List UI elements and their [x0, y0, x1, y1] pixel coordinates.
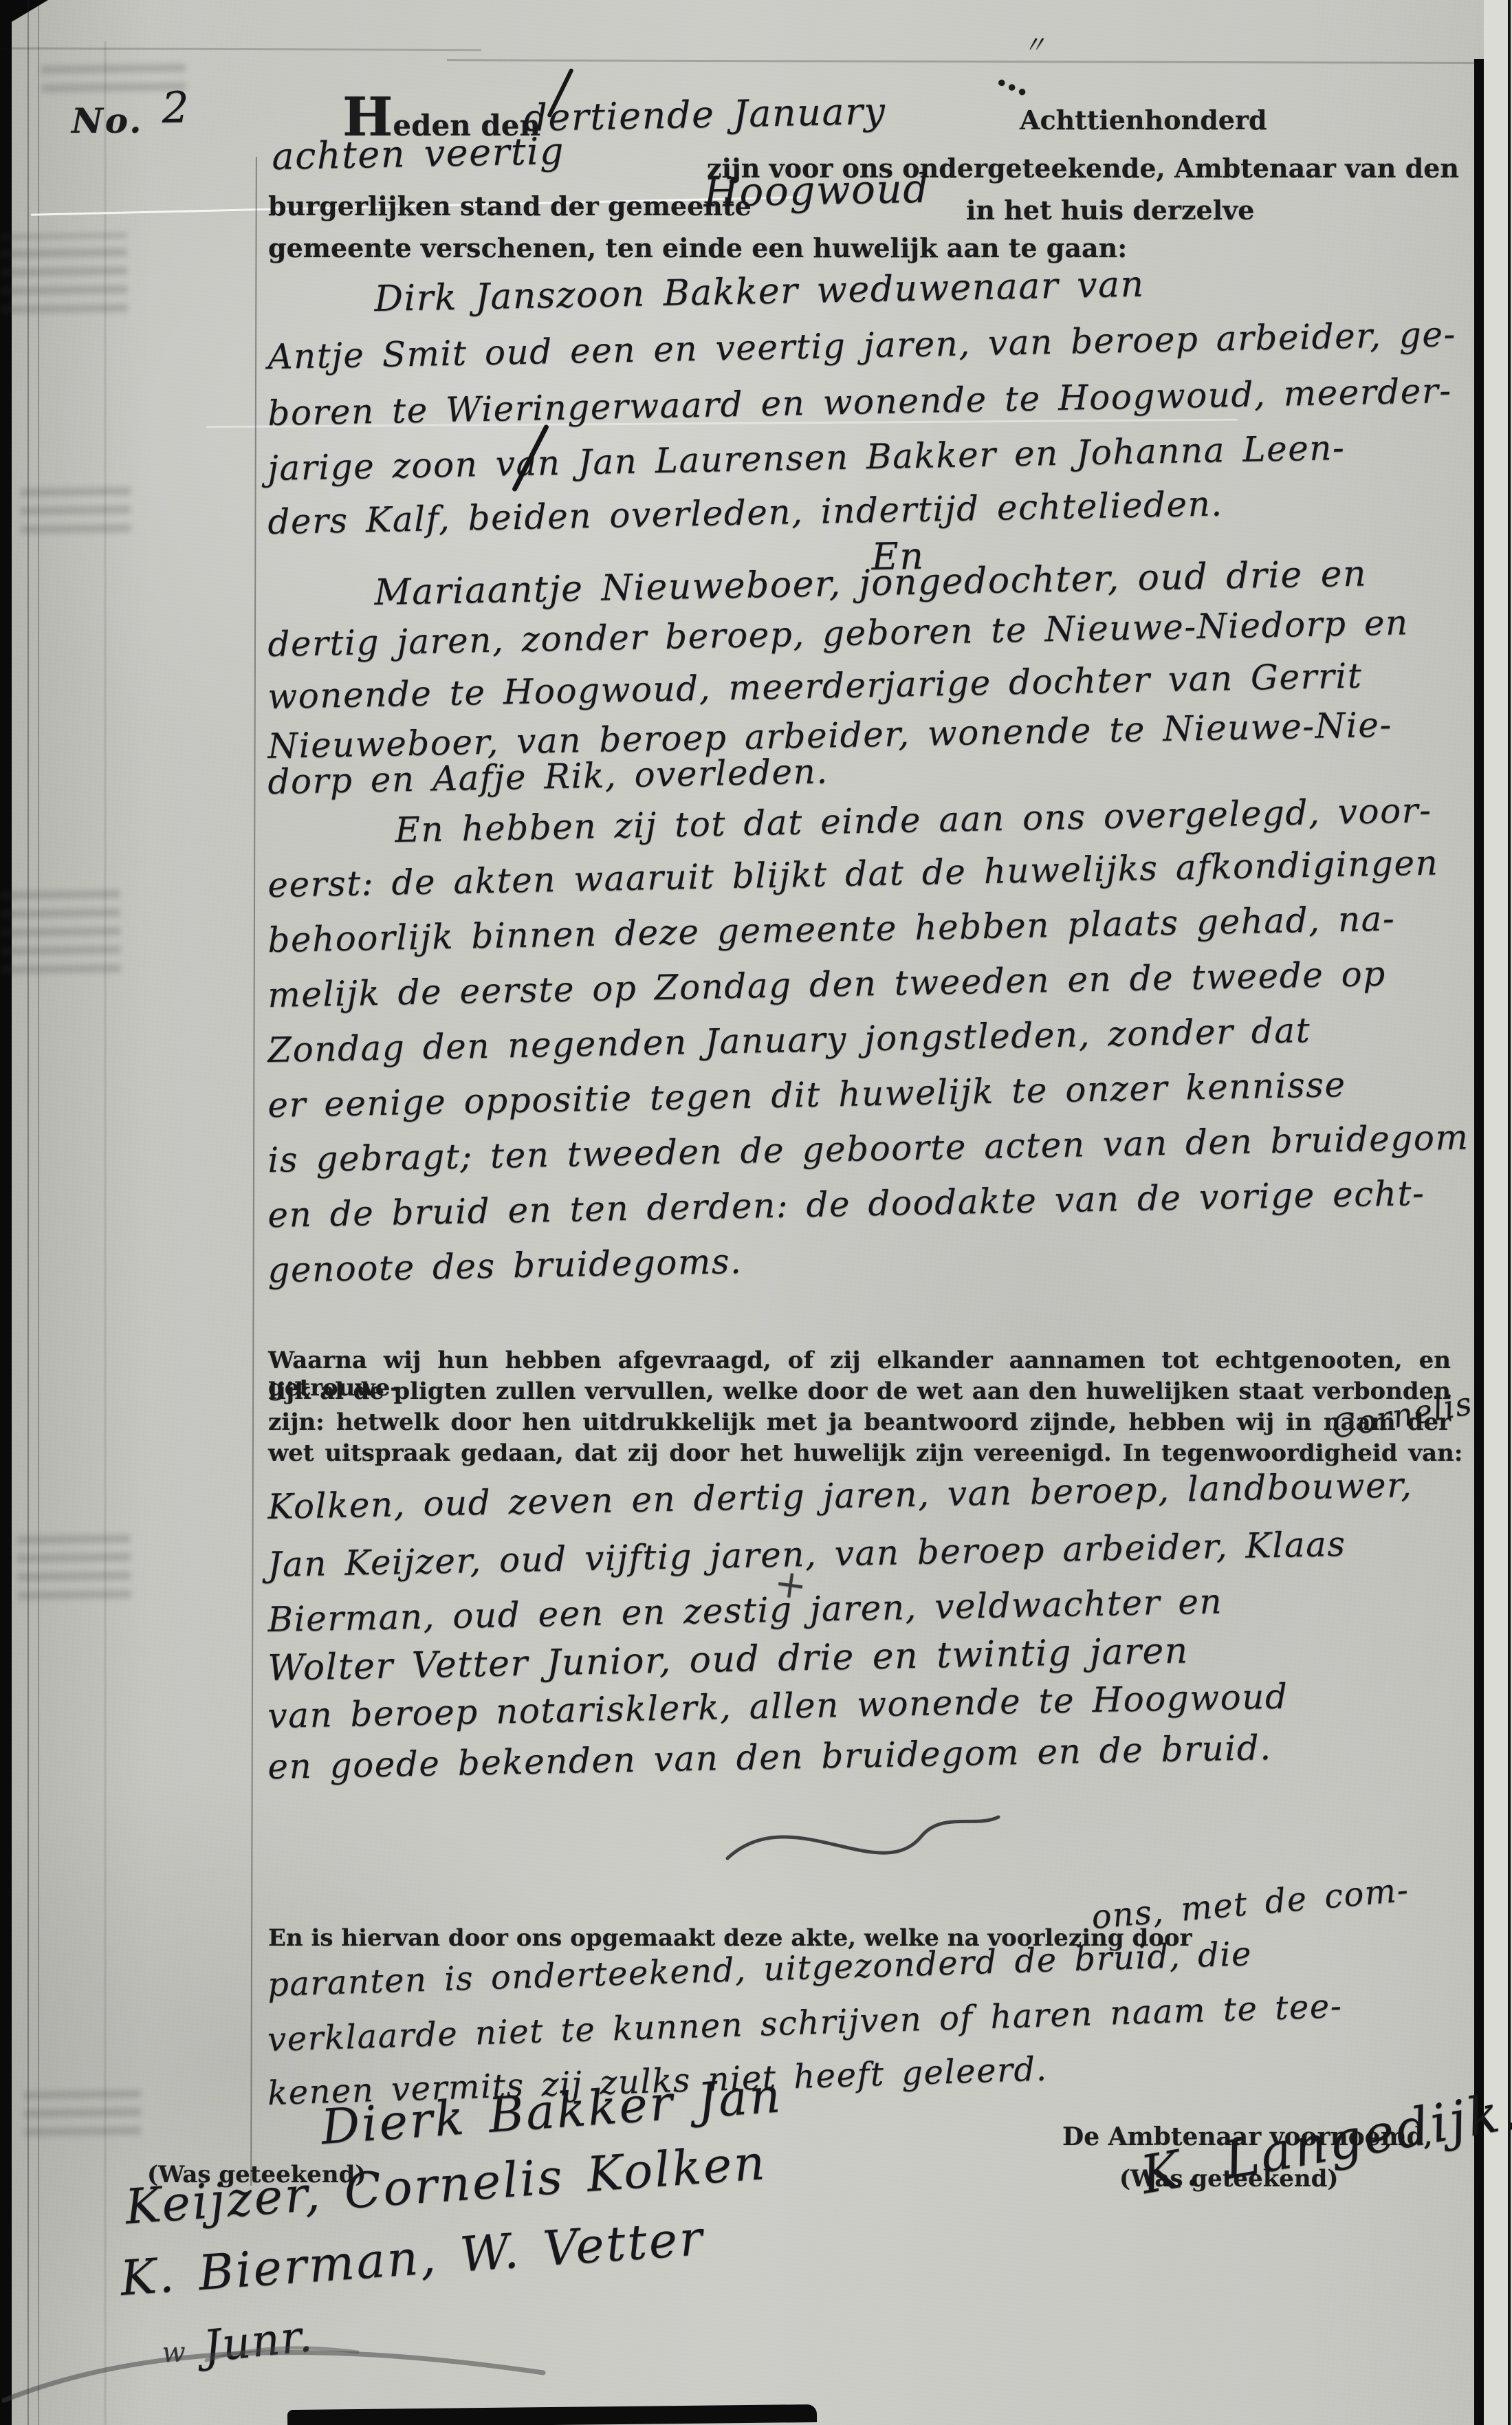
scanned-marriage-record: 〃 … No. 2 Heden den dertiende January Ac… — [0, 0, 1512, 2425]
vows-printed-line: wet uitspraak gedaan, dat zij door het h… — [268, 1439, 1462, 1467]
documents-line: behoorlijk binnen deze gemeente hebben p… — [267, 899, 1396, 960]
closing-hw-line: ons, met de com- — [1090, 1871, 1410, 1937]
printed-achttienhonderd: Achttienhonderd — [1020, 105, 1267, 135]
hw-year: achten veertig — [272, 129, 565, 178]
crease-line — [38, 0, 39, 2425]
bleedthrough-artifact — [0, 233, 128, 325]
scan-line-artifact — [447, 59, 1478, 64]
ink-mark: 〃 — [1022, 25, 1047, 60]
bleedthrough-artifact — [23, 2090, 141, 2146]
bride-line: Nieuweboer, van beroep arbeider, wonende… — [267, 705, 1392, 766]
groom-line: jarige zoon van Jan Laurensen Bakker en … — [267, 428, 1346, 488]
witness-line: Bierman, oud een en zestig jaren, veldwa… — [267, 1581, 1223, 1640]
groom-line: Antje Smit oud een en veertig jaren, van… — [267, 314, 1456, 377]
hw-date: dertiende January — [523, 89, 886, 140]
printed-header-line4: gemeente verschenen, ten einde een huwel… — [268, 232, 1127, 263]
vows-printed-line: lijk al de pligten zullen vervullen, wel… — [268, 1378, 1451, 1405]
vows-ja-word: ja — [829, 1409, 852, 1436]
documents-line: melijk de eerste op Zondag den tweeden e… — [267, 954, 1386, 1015]
binding-edge-left — [0, 0, 12, 2425]
corner-artifact-top-left — [0, 0, 48, 29]
page-edge-right-bar — [1474, 59, 1484, 2425]
documents-line: genoote des bruidegoms. — [267, 1241, 743, 1290]
pen-flourish-artifact — [715, 1787, 1011, 1883]
crease-line — [28, 0, 29, 2425]
bride-line: wonende te Hoogwoud, meerderjarige docht… — [267, 655, 1363, 717]
groom-line: boren te Wieringerwaard en wonende te Ho… — [267, 371, 1452, 433]
record-number-value: 2 — [162, 82, 190, 133]
documents-line: eerst: de akten waaruit blijkt dat de hu… — [267, 842, 1439, 905]
pencil-stroke-artifact — [0, 2270, 564, 2421]
witness-line: Kolken, oud zeven en dertig jaren, van b… — [267, 1465, 1413, 1527]
documents-line: is gebragt; ten tweeden de geboorte acte… — [267, 1117, 1469, 1180]
documents-line: Zondag den negenden January jongstleden,… — [267, 1010, 1311, 1070]
hw-gemeente: Hoogwoud — [703, 165, 930, 216]
groom-line: Dirk Janszoon Bakker weduwenaar van — [374, 264, 1145, 320]
vows-line3-pre: zijn: hetwelk door hen uitdrukkelijk met — [268, 1409, 829, 1436]
documents-line: en de bruid en ten derden: de doodakte v… — [267, 1173, 1425, 1235]
record-number-label: No. — [72, 100, 144, 141]
printed-header-line3a: burgerlijken stand der gemeente — [268, 191, 752, 221]
vows-printed-line: zijn: hetwelk door hen uitdrukkelijk met… — [268, 1409, 1451, 1436]
page-edge-right-line — [1508, 0, 1511, 2425]
bleedthrough-artifact — [20, 481, 131, 544]
scan-line-artifact — [0, 47, 481, 51]
documents-line: En hebben zij tot dat einde aan ons over… — [395, 790, 1432, 850]
groom-line: ders Kalf, beiden overleden, indertijd e… — [267, 483, 1223, 542]
bleedthrough-artifact — [17, 1533, 131, 1610]
crease-line — [105, 41, 106, 2425]
bleedthrough-artifact — [0, 880, 121, 984]
form-margin-rule — [250, 157, 257, 2186]
witness-line: en goede bekenden van den bruidegom en d… — [267, 1728, 1272, 1787]
documents-line: er eenige oppositie tegen dit huwelijk t… — [267, 1065, 1346, 1125]
printed-header-line3b: in het huis derzelve — [966, 195, 1254, 226]
bride-line: Mariaantje Nieuweboer, jongedochter, oud… — [374, 553, 1368, 613]
